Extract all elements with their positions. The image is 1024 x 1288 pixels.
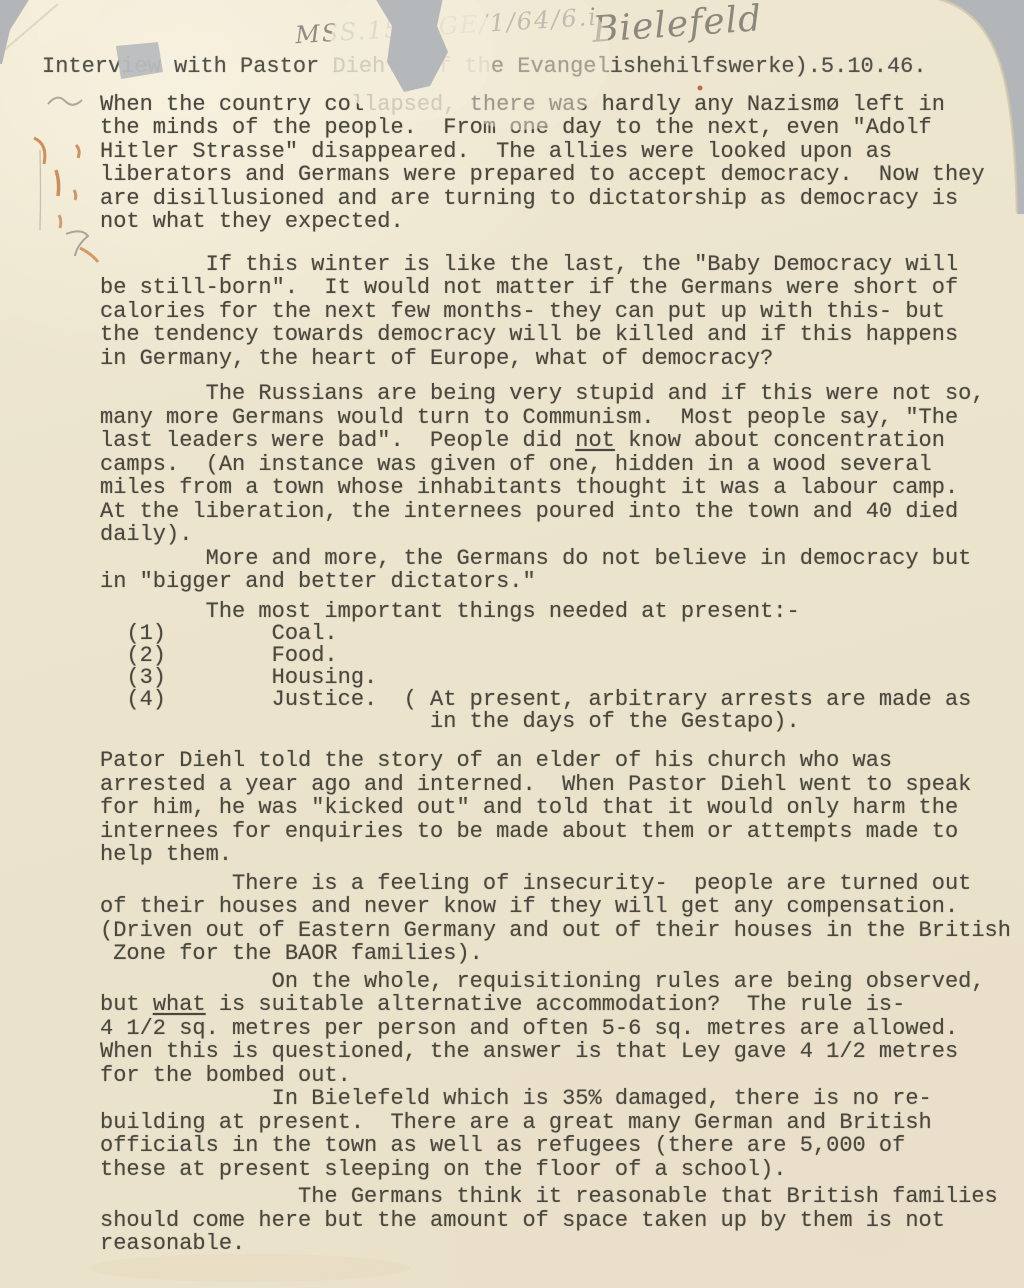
text-line: in "bigger and better dictators." — [100, 570, 1024, 594]
text-line: In Bielefeld which is 35% damaged, there… — [100, 1087, 1024, 1111]
text-line: When this is questioned, the answer is t… — [100, 1040, 1024, 1064]
text-line: When the country collapsed, there was ha… — [100, 93, 1024, 117]
paragraph-bielefeld-damage: In Bielefeld which is 35% damaged, there… — [100, 1087, 1024, 1181]
text-line: many more Germans would turn to Communis… — [100, 406, 1024, 430]
text-line: calories for the next few months- they c… — [100, 300, 1024, 324]
underlined-word: what — [153, 992, 206, 1017]
document-body: When the country collapsed, there was ha… — [100, 93, 1024, 1256]
text-line: be still-born". It would not matter if t… — [100, 276, 1024, 300]
paragraph-british-families: The Germans think it reasonable that Bri… — [100, 1185, 1024, 1256]
text-line: arrested a year ago and interned. When P… — [100, 773, 1024, 797]
text-line: The most important things needed at pres… — [100, 600, 1024, 624]
text-line: daily). — [100, 523, 1024, 547]
text-line: for him, he was "kicked out" and told th… — [100, 796, 1024, 820]
text-line: (Driven out of Eastern Germany and out o… — [100, 919, 1024, 943]
text-line: the minds of the people. From one day to… — [100, 116, 1024, 140]
document-title: Interview with Pastor Diehl (of the Evan… — [42, 55, 1024, 79]
text-line: Hitler Strasse" disappeared. The allies … — [100, 140, 1024, 164]
text-line: More and more, the Germans do not believ… — [100, 547, 1024, 571]
text-line: If this winter is like the last, the "Ba… — [100, 253, 1024, 277]
text-line: for the bombed out. — [100, 1064, 1024, 1088]
paragraph-needs-heading: The most important things needed at pres… — [100, 600, 1024, 624]
text-line: At the liberation, the internees poured … — [100, 500, 1024, 524]
text-line: help them. — [100, 843, 1024, 867]
text-line: Zone for the BAOR families). — [100, 942, 1024, 966]
text-line: in Germany, the heart of Europe, what of… — [100, 347, 1024, 371]
text-line: building at present. There are a great m… — [100, 1111, 1024, 1135]
text-line: (2) Food. — [100, 645, 1024, 667]
paragraph-baby-democracy: If this winter is like the last, the "Ba… — [100, 253, 1024, 371]
text-line: liberators and Germans were prepared to … — [100, 163, 1024, 187]
text-line: internees for enquiries to be made about… — [100, 820, 1024, 844]
text-line: The Germans think it reasonable that Bri… — [100, 1185, 1024, 1209]
text-line: The Russians are being very stupid and i… — [100, 382, 1024, 406]
text-line: camps. (An instance was given of one, hi… — [100, 453, 1024, 477]
text-line: On the whole, requisitioning rules are b… — [100, 970, 1024, 994]
text-line: of their houses and never know if they w… — [100, 895, 1024, 919]
typewritten-content: Interview with Pastor Diehl (of the Evan… — [0, 0, 1024, 1288]
text-line: miles from a town whose inhabitants thou… — [100, 476, 1024, 500]
text-line: Pator Diehl told the story of an elder o… — [100, 749, 1024, 773]
paragraph-church-elder: Pator Diehl told the story of an elder o… — [100, 749, 1024, 867]
paragraph-requisitioning: On the whole, requisitioning rules are b… — [100, 970, 1024, 1088]
underlined-word: not — [575, 428, 615, 453]
paragraph-russians-communism: The Russians are being very stupid and i… — [100, 382, 1024, 547]
text-line: should come here but the amount of space… — [100, 1209, 1024, 1233]
text-line: 4 1/2 sq. metres per person and often 5-… — [100, 1017, 1024, 1041]
text-line: There is a feeling of insecurity- people… — [100, 872, 1024, 896]
text-line: the tendency towards democracy will be k… — [100, 323, 1024, 347]
text-line: not what they expected. — [100, 210, 1024, 234]
text-line: are disillusioned and are turning to dic… — [100, 187, 1024, 211]
paragraph-insecurity: There is a feeling of insecurity- people… — [100, 872, 1024, 966]
paragraph-collapse-nazism: When the country collapsed, there was ha… — [100, 93, 1024, 234]
text-line: (4) Justice. ( At present, arbitrary arr… — [100, 689, 1024, 711]
list-most-important-needs: (1) Coal. (2) Food. (3) Housing. (4) Jus… — [100, 623, 1024, 733]
text-line: last leaders were bad". People did not k… — [100, 429, 1024, 453]
scanned-document-page: MSS.15/3/GE/1/64/6.i Bielefeld Interview… — [0, 0, 1024, 1288]
text-line: in the days of the Gestapo). — [100, 711, 1024, 733]
text-line: (1) Coal. — [100, 623, 1024, 645]
text-line: (3) Housing. — [100, 667, 1024, 689]
text-line: reasonable. — [100, 1232, 1024, 1256]
text-line: these at present sleeping on the floor o… — [100, 1158, 1024, 1182]
text-line: officials in the town as well as refugee… — [100, 1134, 1024, 1158]
paragraph-bigger-dictators: More and more, the Germans do not believ… — [100, 547, 1024, 594]
text-line: but what is suitable alternative accommo… — [100, 993, 1024, 1017]
